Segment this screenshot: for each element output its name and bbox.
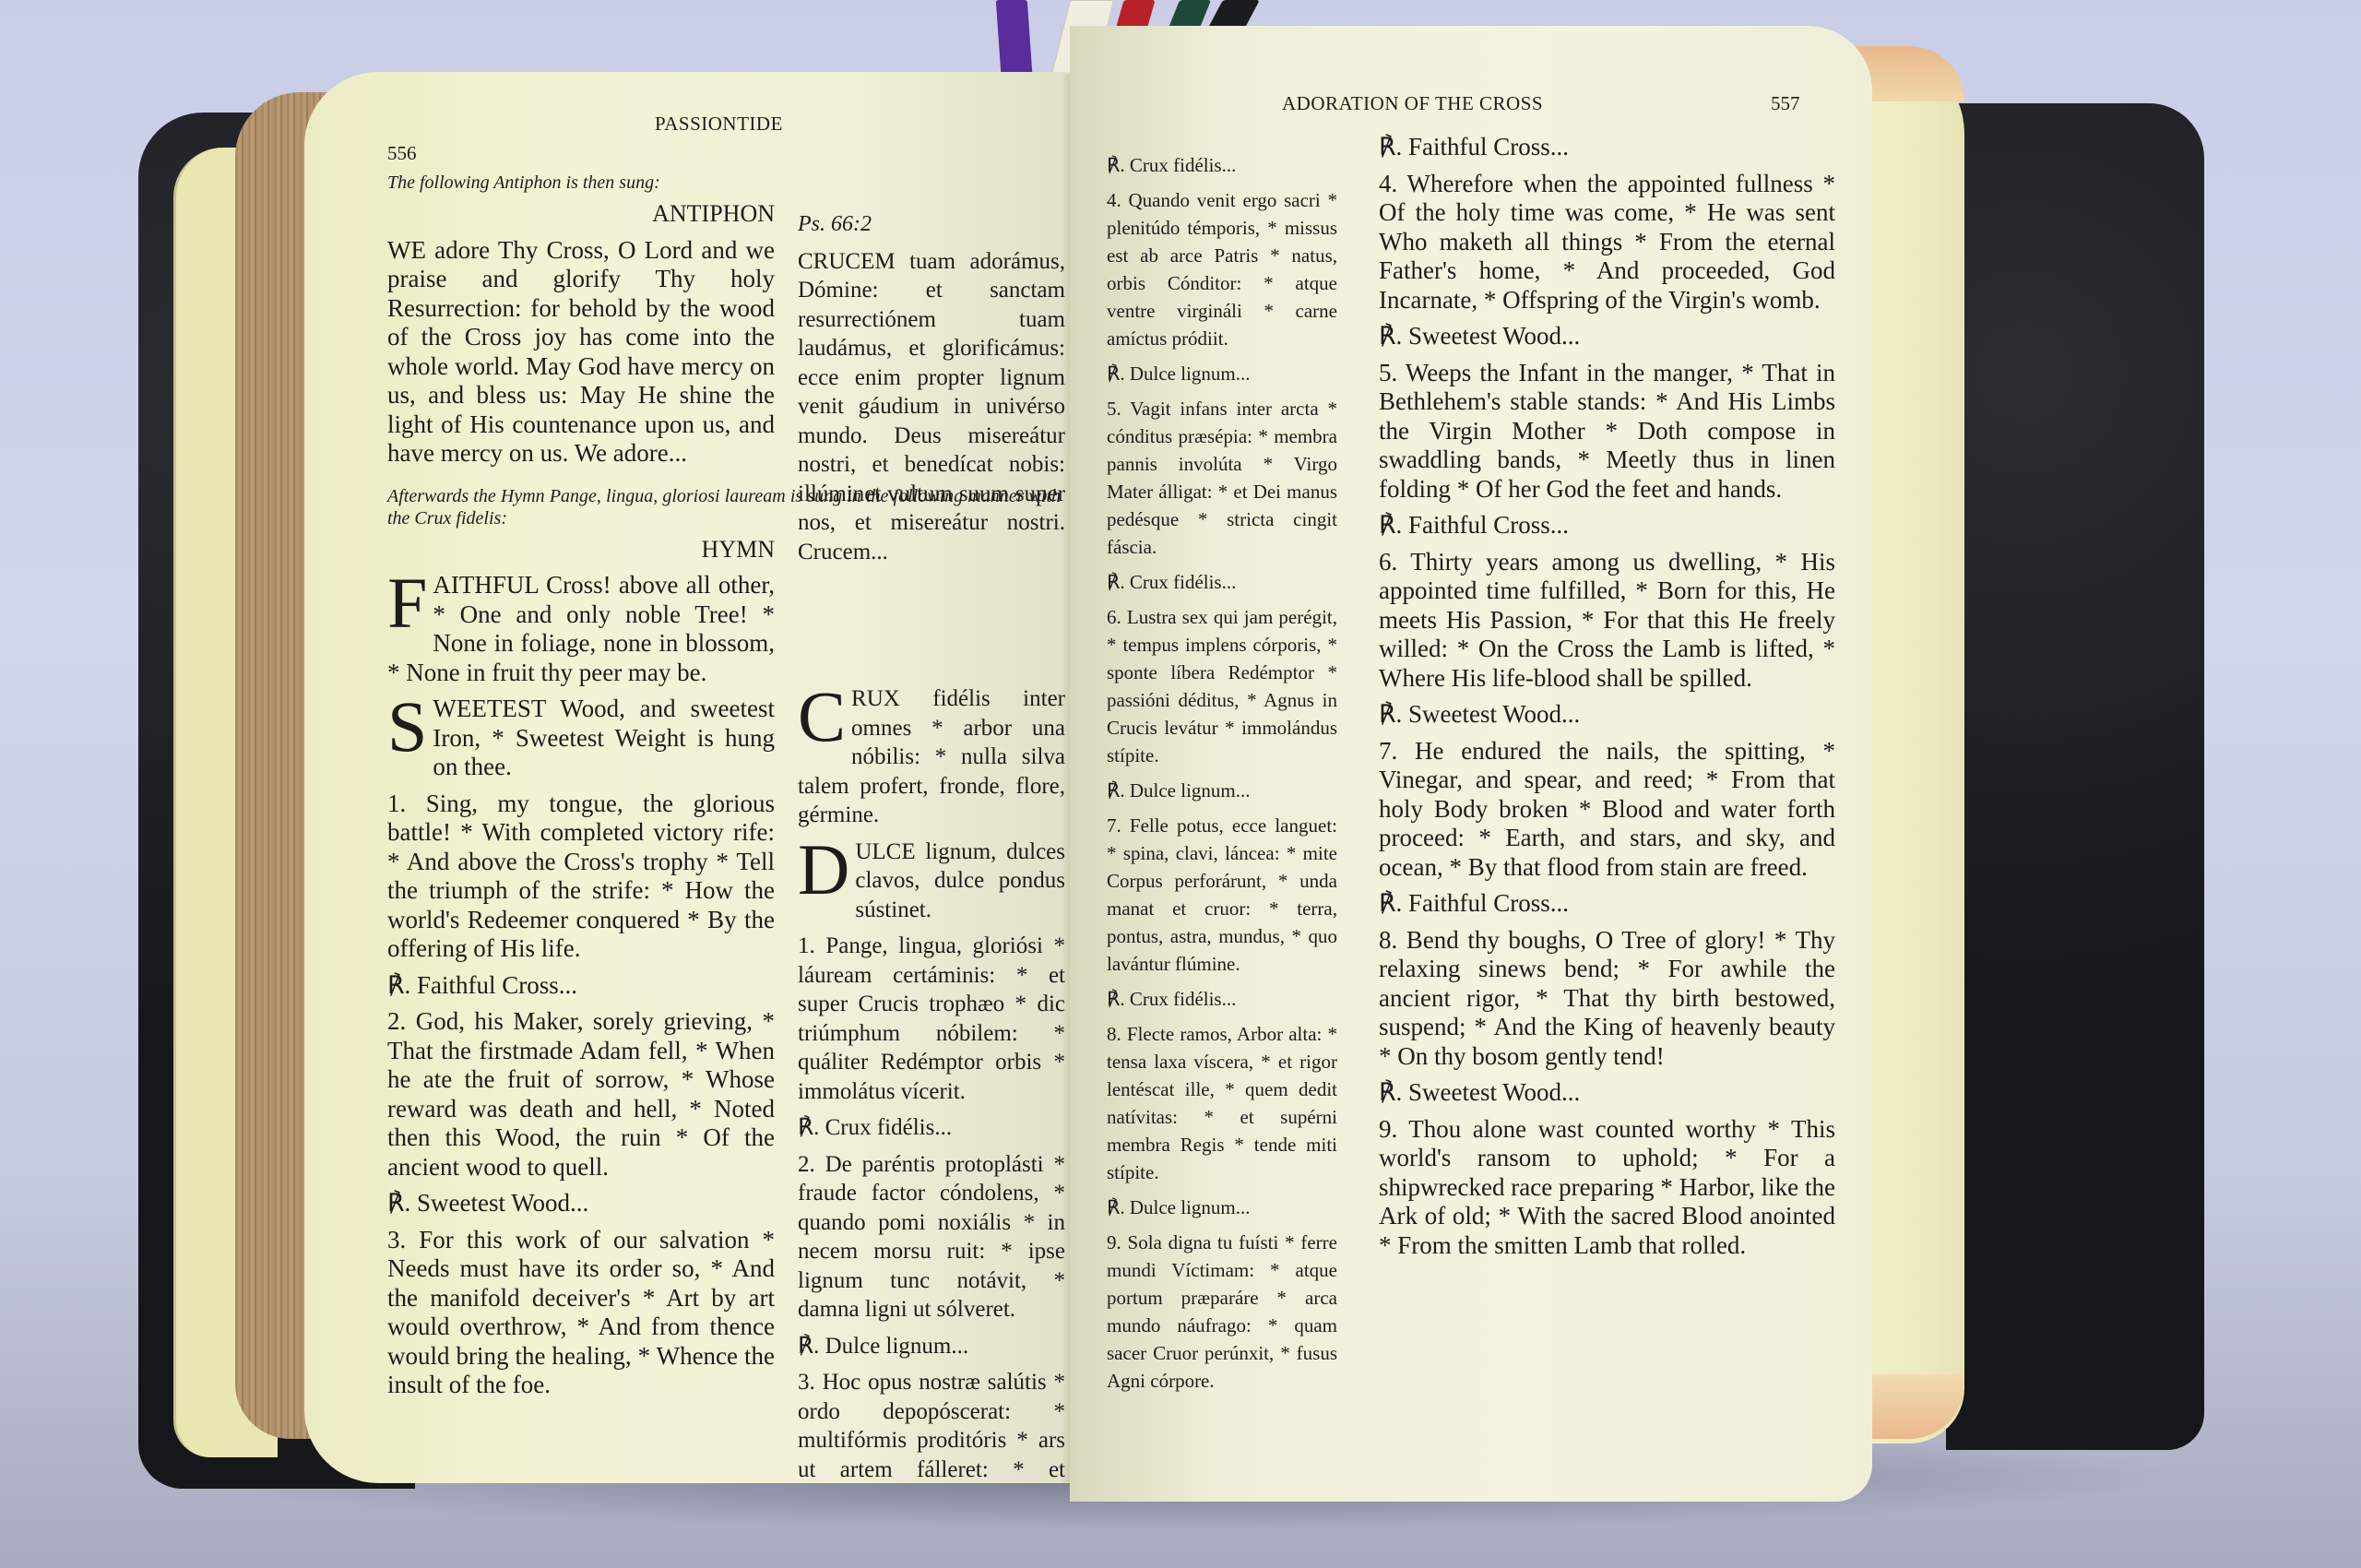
latin-verse-5: 5. Vagit infans inter arcta * cónditus p… bbox=[1107, 395, 1337, 561]
running-head: ADORATION OF THE CROSS bbox=[1282, 92, 1543, 115]
left-page: PASSIONTIDE 556 The following Antiphon i… bbox=[304, 72, 1079, 1483]
verse-refrain-1: FAITHFUL Cross! above all other, * One a… bbox=[387, 571, 775, 687]
latin-verse-7: 7. Felle potus, ecce languet: * spina, c… bbox=[1107, 812, 1337, 978]
verse-2: 2. God, his Maker, sorely grieving, * Th… bbox=[387, 1007, 775, 1182]
right-page: ADORATION OF THE CROSS 557 ℟. Crux fidél… bbox=[1070, 26, 1872, 1502]
rubric: The following Antiphon is then sung: bbox=[387, 172, 775, 194]
latin-verse-9: 9. Sola digna tu fuísti * ferre mundi Ví… bbox=[1107, 1229, 1337, 1395]
response: ℟. Faithful Cross... bbox=[1379, 133, 1835, 162]
verse-9: 9. Thou alone wast counted worthy * This… bbox=[1379, 1115, 1835, 1261]
response: ℟. Sweetest Wood... bbox=[1379, 322, 1835, 351]
right-latin-column: ℟. Crux fidélis... 4. Quando venit ergo … bbox=[1107, 146, 1337, 1402]
response: ℟. Dulce lignum... bbox=[798, 1332, 1065, 1361]
drop-cap: S bbox=[387, 698, 427, 755]
photo-scene: PASSIONTIDE 556 The following Antiphon i… bbox=[0, 0, 2361, 1568]
drop-cap: F bbox=[387, 575, 427, 632]
response: ℟. Dulce lignum... bbox=[1107, 777, 1337, 804]
latin-verse-6: 6. Lustra sex qui jam perégit, * tempus … bbox=[1107, 603, 1337, 769]
psalm-reference: Ps. 66:2 bbox=[798, 210, 1065, 240]
response: ℟. Crux fidélis... bbox=[1107, 568, 1337, 596]
latin-verse-3: 3. Hoc opus nostræ salútis * ordo depopó… bbox=[798, 1368, 1065, 1483]
response: ℟. Faithful Cross... bbox=[1379, 511, 1835, 540]
right-english-column: ℟. Faithful Cross... 4. Wherefore when t… bbox=[1379, 127, 1835, 1267]
drop-cap: D bbox=[798, 841, 849, 898]
verse-3: 3. For this work of our salvation * Need… bbox=[387, 1226, 775, 1400]
left-english-column: The following Antiphon is then sung: ANT… bbox=[387, 172, 775, 1408]
response: ℟. Faithful Cross... bbox=[387, 971, 775, 1001]
antiphon-latin: CRUCEM tuam adorámus, Dómine: et sanctam… bbox=[798, 247, 1065, 567]
response: ℟. Crux fidélis... bbox=[798, 1113, 1065, 1143]
page-number: 557 bbox=[1771, 92, 1800, 115]
running-head: PASSIONTIDE bbox=[655, 113, 783, 136]
response: ℟. Faithful Cross... bbox=[1379, 889, 1835, 919]
latin-verse-2: 2. De paréntis protoplásti * fraude fact… bbox=[798, 1150, 1065, 1324]
book-cover-right bbox=[1946, 103, 2204, 1450]
verse-6: 6. Thirty years among us dwelling, * His… bbox=[1379, 548, 1835, 694]
verse-5: 5. Weeps the Infant in the manger, * Tha… bbox=[1379, 359, 1835, 505]
response: ℟. Crux fidélis... bbox=[1107, 151, 1337, 179]
hymn-heading: HYMN bbox=[387, 535, 775, 564]
drop-cap: C bbox=[798, 688, 846, 745]
latin-refrain-2: DULCE lignum, dulces clavos, dulce pondu… bbox=[798, 837, 1065, 925]
verse-8: 8. Bend thy boughs, O Tree of glory! * T… bbox=[1379, 926, 1835, 1072]
verse-4: 4. Wherefore when the appointed fullness… bbox=[1379, 170, 1835, 315]
latin-verse-4: 4. Quando venit ergo sacri * plenitúdo t… bbox=[1107, 186, 1337, 352]
verse-7: 7. He endured the nails, the spitting, *… bbox=[1379, 737, 1835, 883]
left-latin-column: Ps. 66:2 CRUCEM tuam adorámus, Dómine: e… bbox=[798, 210, 1065, 1483]
verse-1: 1. Sing, my tongue, the glorious battle!… bbox=[387, 790, 775, 964]
verse-refrain-2: SWEETEST Wood, and sweetest Iron, * Swee… bbox=[387, 695, 775, 782]
latin-refrain-1: CRUX fidélis inter omnes * arbor una nób… bbox=[798, 684, 1065, 830]
response: ℟. Sweetest Wood... bbox=[1379, 1078, 1835, 1108]
response: ℟. Dulce lignum... bbox=[1107, 1194, 1337, 1221]
response: ℟. Sweetest Wood... bbox=[387, 1189, 775, 1218]
antiphon-english: WE adore Thy Cross, O Lord and we praise… bbox=[387, 236, 775, 469]
antiphon-heading: ANTIPHON bbox=[387, 199, 775, 229]
page-number: 556 bbox=[387, 142, 417, 165]
response: ℟. Crux fidélis... bbox=[1107, 985, 1337, 1013]
latin-verse-1: 1. Pange, lingua, gloriósi * láuream cer… bbox=[798, 932, 1065, 1106]
response: ℟. Sweetest Wood... bbox=[1379, 700, 1835, 730]
response: ℟. Dulce lignum... bbox=[1107, 360, 1337, 387]
latin-verse-8: 8. Flecte ramos, Arbor alta: * tensa lax… bbox=[1107, 1020, 1337, 1186]
